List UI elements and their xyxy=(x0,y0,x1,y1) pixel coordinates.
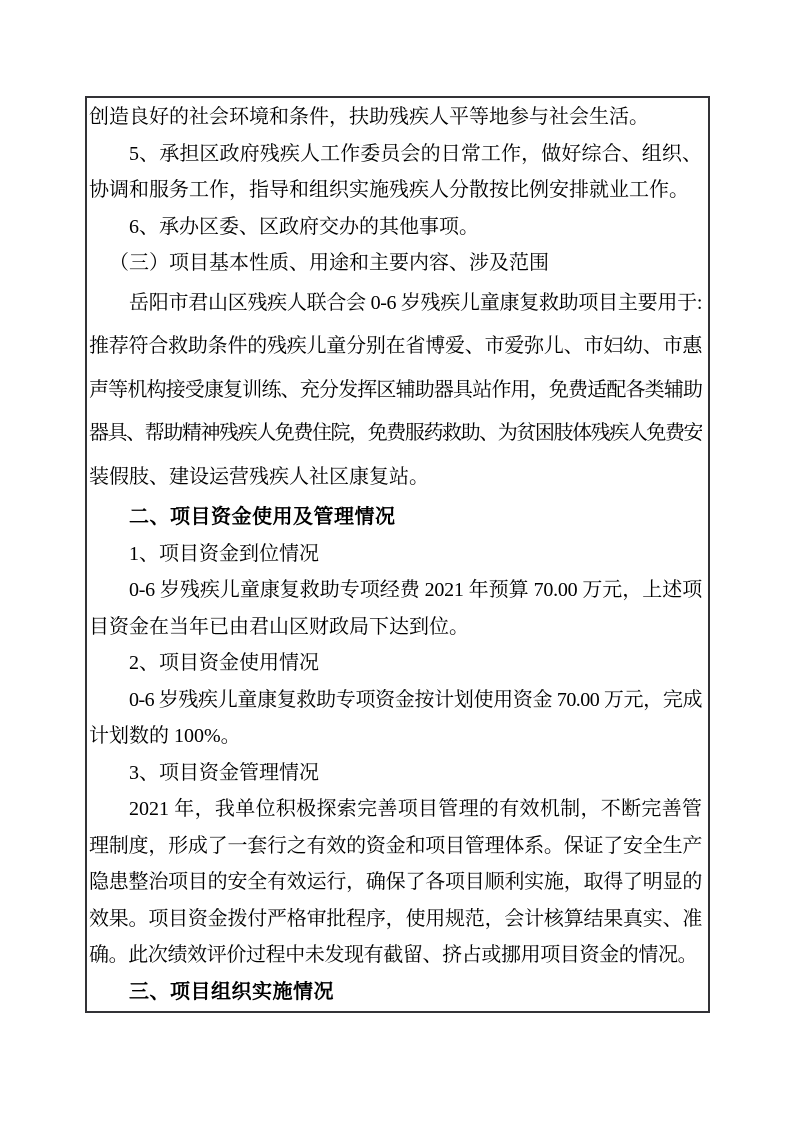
text-line: （三）项目基本性质、用途和主要内容、涉及范围 xyxy=(89,245,702,282)
text-line: 岳阳市君山区残疾人联合会 0-6 岁残疾儿童康复救助项目主要用于: xyxy=(89,282,702,326)
text-line: 推荐符合救助条件的残疾儿童分别在省博爱、市爱弥儿、市妇幼、市惠 xyxy=(89,325,702,369)
section-heading: 三、项目组织实施情况 xyxy=(89,974,702,1011)
paragraph: 岳阳市君山区残疾人联合会 0-6 岁残疾儿童康复救助项目主要用于:推荐符合救助条… xyxy=(89,282,702,500)
text-line: 协调和服务工作，指导和组织实施残疾人分散按比例安排就业工作。 xyxy=(89,172,702,209)
text-line: 5、承担区政府残疾人工作委员会的日常工作，做好综合、组织、 xyxy=(89,136,702,173)
text-line: 三、项目组织实施情况 xyxy=(89,974,702,1011)
paragraph: （三）项目基本性质、用途和主要内容、涉及范围 xyxy=(89,245,702,282)
paragraph: 0-6 岁残疾儿童康复救助专项经费 2021 年预算 70.00 万元，上述项目… xyxy=(89,572,702,645)
text-line: 计划数的 100%。 xyxy=(89,718,702,755)
text-line: 0-6 岁残疾儿童康复救助专项资金按计划使用资金 70.00 万元，完成 xyxy=(89,682,702,719)
text-line: 1、项目资金到位情况 xyxy=(89,536,702,573)
text-line: 创造良好的社会环境和条件，扶助残疾人平等地参与社会生活。 xyxy=(89,99,702,136)
text-line: 二、项目资金使用及管理情况 xyxy=(89,499,702,536)
text-line: 6、承办区委、区政府交办的其他事项。 xyxy=(89,209,702,246)
text-line: 效果。项目资金拨付严格审批程序，使用规范，会计核算结果真实、准 xyxy=(89,901,702,938)
paragraph: 2、项目资金使用情况 xyxy=(89,645,702,682)
text-line: 隐患整治项目的安全有效运行，确保了各项目顺利实施，取得了明显的 xyxy=(89,864,702,901)
text-line: 0-6 岁残疾儿童康复救助专项经费 2021 年预算 70.00 万元，上述项 xyxy=(89,572,702,609)
paragraph: 0-6 岁残疾儿童康复救助专项资金按计划使用资金 70.00 万元，完成计划数的… xyxy=(89,682,702,755)
text-line: 装假肢、建设运营残疾人社区康复站。 xyxy=(89,456,702,500)
text-line: 2、项目资金使用情况 xyxy=(89,645,702,682)
paragraph: 2021 年，我单位积极探索完善项目管理的有效机制，不断完善管理制度，形成了一套… xyxy=(89,791,702,974)
text-line: 目资金在当年已由君山区财政局下达到位。 xyxy=(89,609,702,646)
paragraph: 1、项目资金到位情况 xyxy=(89,536,702,573)
section-heading: 二、项目资金使用及管理情况 xyxy=(89,499,702,536)
text-line: 理制度，形成了一套行之有效的资金和项目管理体系。保证了安全生产 xyxy=(89,828,702,865)
paragraph: 3、项目资金管理情况 xyxy=(89,755,702,792)
paragraph: 6、承办区委、区政府交办的其他事项。 xyxy=(89,209,702,246)
text-line: 器具、帮助精神残疾人免费住院，免费服药救助、为贫困肢体残疾人免费安 xyxy=(89,412,702,456)
document-page: { "page": { "background_color": "#ffffff… xyxy=(0,0,793,1122)
document-body: 创造良好的社会环境和条件，扶助残疾人平等地参与社会生活。5、承担区政府残疾人工作… xyxy=(85,96,710,1013)
paragraph: 5、承担区政府残疾人工作委员会的日常工作，做好综合、组织、协调和服务工作，指导和… xyxy=(89,136,702,209)
text-line: 声等机构接受康复训练、充分发挥区辅助器具站作用，免费适配各类辅助 xyxy=(89,369,702,413)
text-line: 3、项目资金管理情况 xyxy=(89,755,702,792)
paragraph: 创造良好的社会环境和条件，扶助残疾人平等地参与社会生活。 xyxy=(89,99,702,136)
text-line: 2021 年，我单位积极探索完善项目管理的有效机制，不断完善管 xyxy=(89,791,702,828)
text-line: 确。此次绩效评价过程中未发现有截留、挤占或挪用项目资金的情况。 xyxy=(89,937,702,974)
